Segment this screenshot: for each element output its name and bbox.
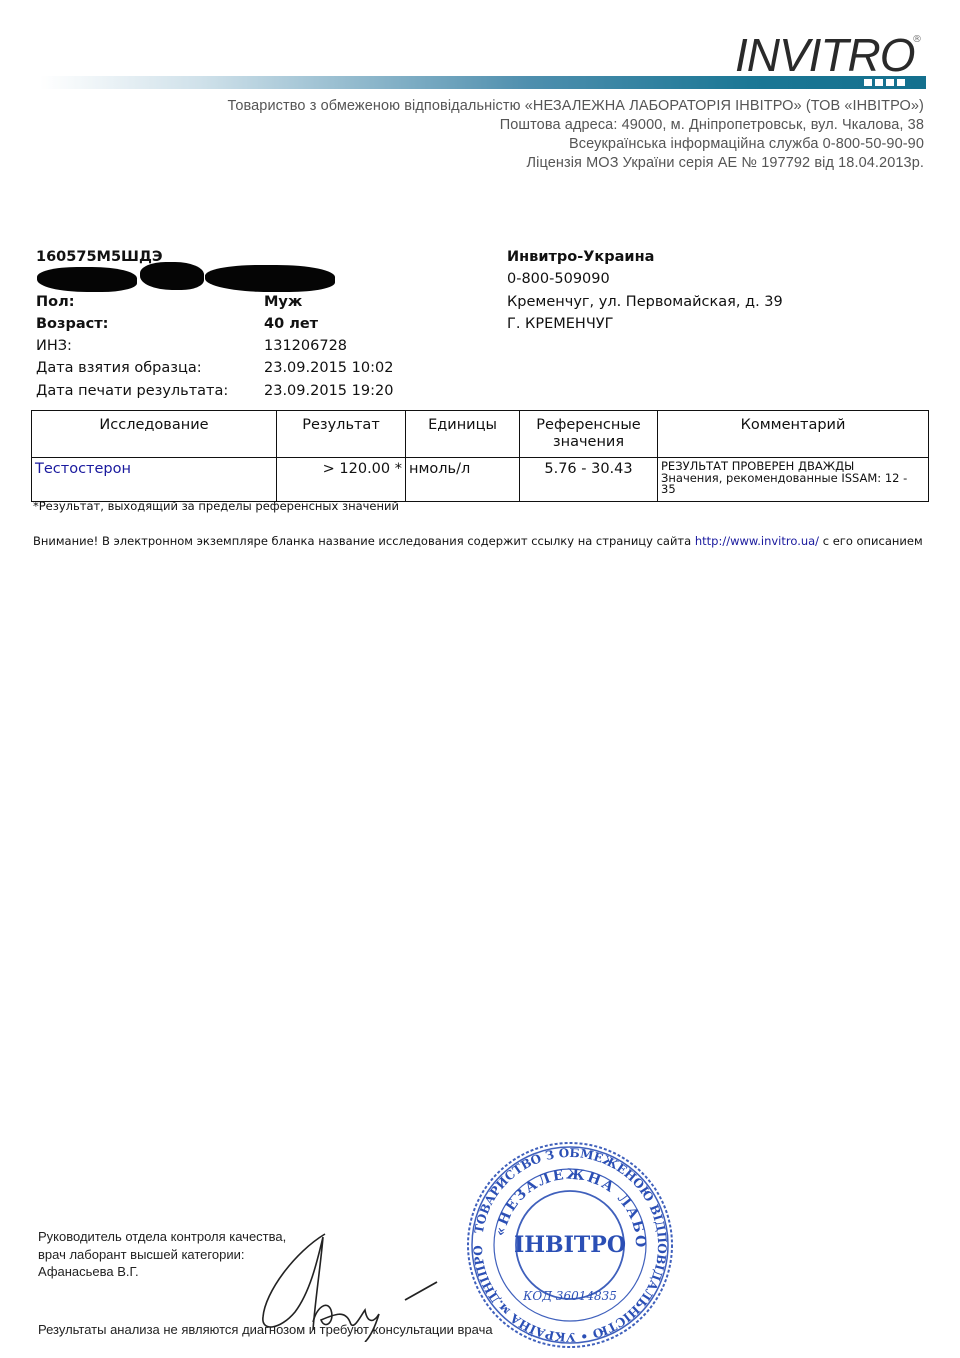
field-sample-date: Дата взятия образца: 23.09.2015 10:02 <box>36 357 393 379</box>
field-value: 131206728 <box>264 335 347 357</box>
company-details: Товариство з обмеженою відповідальністю … <box>228 97 924 173</box>
order-id: 160575М5ШДЭ <box>36 246 163 268</box>
company-license: Ліцензія МОЗ України серія АЕ № 197792 в… <box>228 154 924 173</box>
svg-text:КОД 36014835: КОД 36014835 <box>522 1289 617 1303</box>
col-result: Результат <box>277 411 406 458</box>
field-label: Дата печати результата: <box>36 380 264 402</box>
signer-category: врач лаборант высшей категории: <box>38 1246 286 1264</box>
notice-text: Внимание! В электронном экземпляре бланк… <box>33 534 695 548</box>
signer-name: Афанасьева В.Г. <box>38 1263 286 1281</box>
redaction-mark <box>205 265 335 292</box>
field-value: 23.09.2015 19:20 <box>264 380 393 402</box>
invitro-logo: INVITRO <box>735 28 915 82</box>
footnote: *Результат, выходящий за пределы референ… <box>33 499 399 513</box>
redaction-mark <box>37 267 137 292</box>
reference-value: 5.76 - 30.43 <box>520 458 658 502</box>
field-label: Дата взятия образца: <box>36 357 264 379</box>
lab-city: Г. КРЕМЕНЧУГ <box>507 313 783 335</box>
notice: Внимание! В электронном экземпляре бланк… <box>33 534 923 548</box>
brand-squares-icon <box>864 79 905 86</box>
field-value: Муж <box>264 291 302 313</box>
field-label: Возраст: <box>36 313 264 335</box>
lab-phone: 0-800-509090 <box>507 268 783 290</box>
table-header-row: Исследование Результат Единицы Референсн… <box>32 411 929 458</box>
lab-address: Кременчуг, ул. Первомайская, д. 39 <box>507 291 783 313</box>
field-inz: ИНЗ: 131206728 <box>36 335 393 357</box>
comment-line: Значения, рекомендованные ISSAM: 12 - 35 <box>661 473 925 496</box>
field-age: Возраст: 40 лет <box>36 313 393 335</box>
company-stamp-icon: ТОВАРИСТВО З ОБМЕЖЕНОЮ ВІДПОВІДАЛЬНІСТЮ … <box>460 1140 680 1350</box>
company-name: Товариство з обмеженою відповідальністю … <box>228 97 924 116</box>
company-hotline: Всеукраїнська інформаційна служба 0-800-… <box>228 135 924 154</box>
lab-info: Инвитро-Украина 0-800-509090 Кременчуг, … <box>507 246 783 335</box>
col-test: Исследование <box>32 411 277 458</box>
result-value: > 120.00 * <box>277 458 406 502</box>
signer-block: Руководитель отдела контроля качества, в… <box>38 1228 286 1281</box>
col-reference: Референсные значения <box>520 411 658 458</box>
lab-name: Инвитро-Украина <box>507 246 783 268</box>
registered-mark: ® <box>912 34 922 45</box>
company-address: Поштова адреса: 49000, м. Дніпропетровсь… <box>228 116 924 135</box>
signer-title: Руководитель отдела контроля качества, <box>38 1228 286 1246</box>
results-table: Исследование Результат Единицы Референсн… <box>31 410 929 502</box>
field-print-date: Дата печати результата: 23.09.2015 19:20 <box>36 380 393 402</box>
comment-cell: РЕЗУЛЬТАТ ПРОВЕРЕН ДВАЖДЫ Значения, реко… <box>658 458 929 502</box>
field-value: 40 лет <box>264 313 318 335</box>
field-sex: Пол: Муж <box>36 291 393 313</box>
table-row: Тестостерон > 120.00 * нмоль/л 5.76 - 30… <box>32 458 929 502</box>
col-comment: Комментарий <box>658 411 929 458</box>
brand-bar <box>40 76 926 89</box>
signature-icon <box>255 1222 455 1342</box>
redaction-mark <box>140 262 204 290</box>
units-value: нмоль/л <box>406 458 520 502</box>
field-label: Пол: <box>36 291 264 313</box>
test-name-link[interactable]: Тестостерон <box>35 461 131 477</box>
notice-text: с его описанием <box>819 534 923 548</box>
svg-text:ІНВІТРО: ІНВІТРО <box>514 1232 626 1258</box>
col-units: Единицы <box>406 411 520 458</box>
website-link[interactable]: http://www.invitro.ua/ <box>695 534 819 548</box>
field-value: 23.09.2015 10:02 <box>264 357 393 379</box>
field-label: ИНЗ: <box>36 335 264 357</box>
